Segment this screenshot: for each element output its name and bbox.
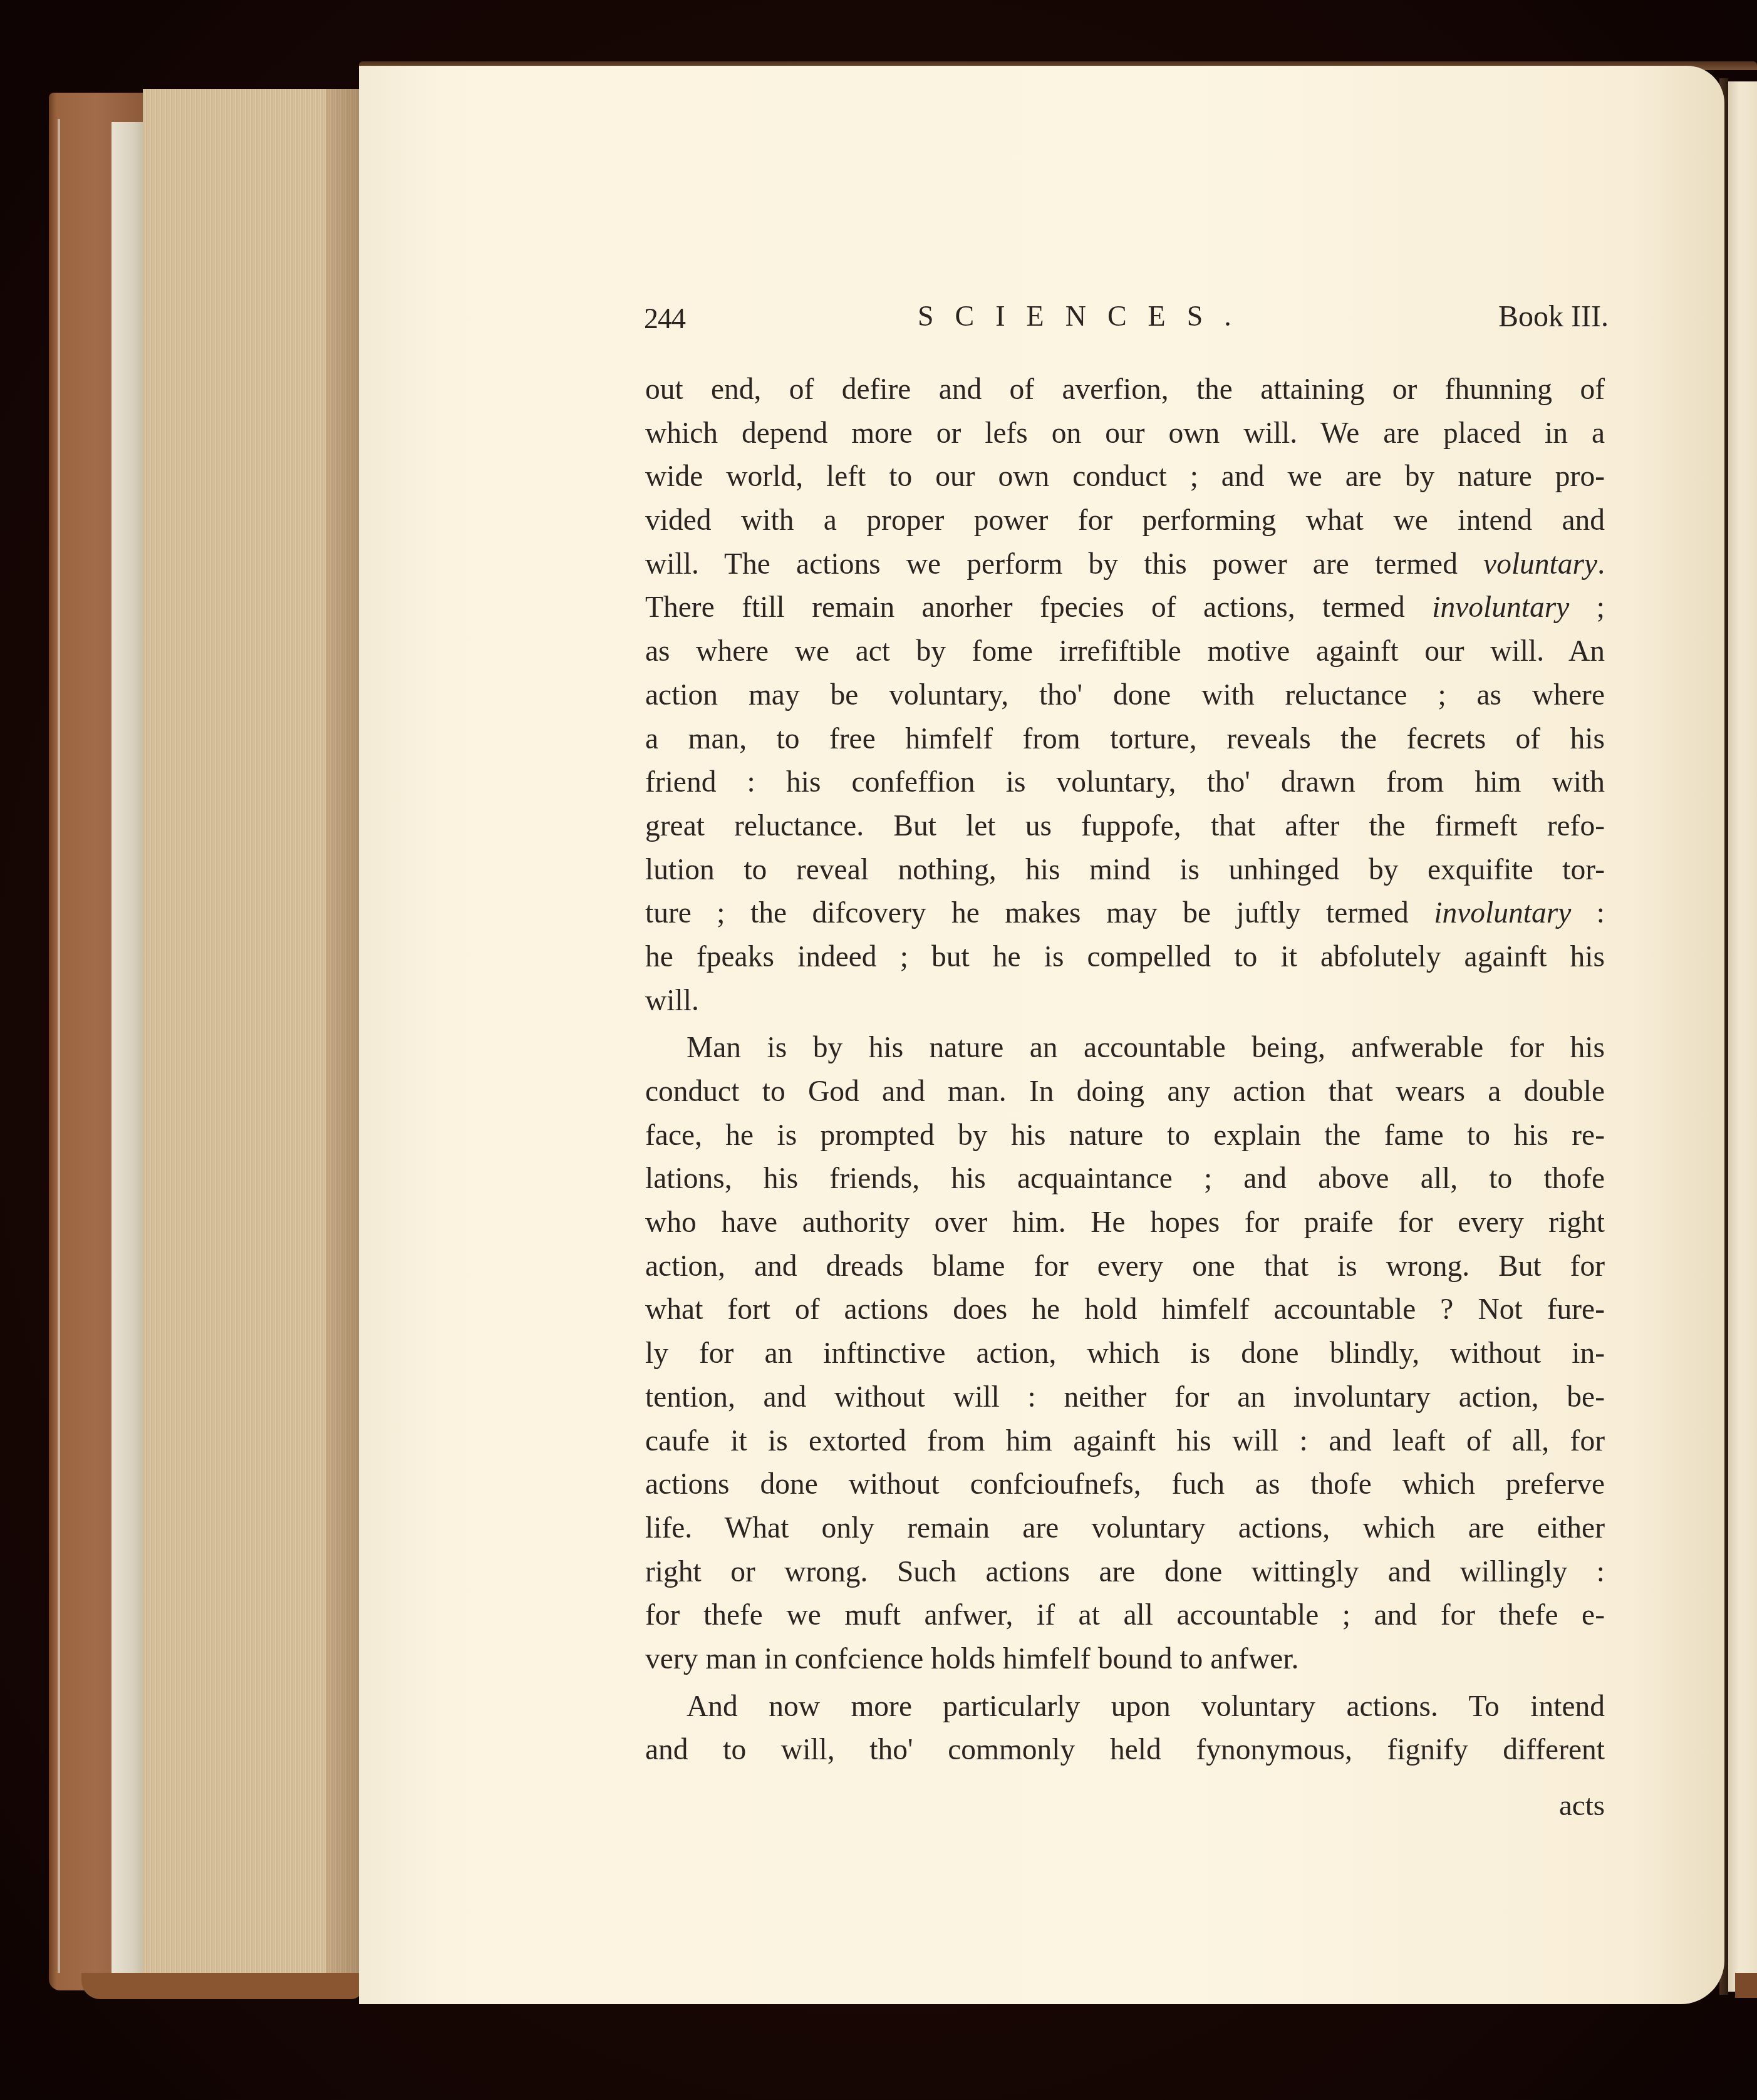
text-line: a man, to free himfelf from torture, rev…	[645, 718, 1605, 762]
running-title: SCIENCES.	[918, 299, 1253, 333]
text-line: very man in confcience holds himfelf bou…	[645, 1638, 1605, 1682]
text-line: what fort of actions does he hold himfel…	[645, 1288, 1605, 1332]
text-line: vided with a proper power for performing…	[645, 499, 1605, 543]
italic-term: voluntary	[1483, 548, 1597, 581]
body-text: out end, of defire and of averfion, the …	[645, 368, 1605, 1772]
text-line: right or wrong. Such actions are done wi…	[645, 1551, 1605, 1595]
text-line: wide world, left to our own conduct ; an…	[645, 455, 1605, 499]
catchword: acts	[1559, 1789, 1605, 1823]
text-line: friend : his confeffion is voluntary, th…	[645, 761, 1605, 805]
text-line: which depend more or lefs on our own wil…	[645, 412, 1605, 456]
endpaper	[111, 122, 143, 1989]
page-number: 244	[644, 302, 685, 335]
book-label: Book III.	[1498, 299, 1609, 334]
text-line: There ftill remain anorher fpecies of ac…	[645, 586, 1605, 630]
text-line: ture ; the difcovery he makes may be juf…	[645, 892, 1605, 936]
text-line: out end, of defire and of averfion, the …	[645, 368, 1605, 412]
text-line: conduct to God and man. In doing any act…	[645, 1070, 1605, 1114]
text-line: face, he is prompted by his nature to ex…	[645, 1114, 1605, 1158]
text-line: lution to reveal nothing, his mind is un…	[645, 849, 1605, 892]
text-line: and to will, tho' commonly held fynonymo…	[645, 1729, 1605, 1772]
running-head: 244 SCIENCES. Book III.	[644, 299, 1609, 337]
text-line: life. What only remain are voluntary act…	[645, 1507, 1605, 1551]
text-line: great reluctance. But let us fuppofe, th…	[645, 805, 1605, 849]
text-line: tention, and without will : neither for …	[645, 1376, 1605, 1420]
text-line: who have authority over him. He hopes fo…	[645, 1201, 1605, 1245]
italic-term: involuntary	[1434, 897, 1571, 929]
facing-page-edge	[1728, 81, 1757, 1992]
text-line: action may be voluntary, tho' done with …	[645, 674, 1605, 718]
text-line: for thefe we muft anfwer, if at all acco…	[645, 1594, 1605, 1638]
text-line: action, and dreads blame for every one t…	[645, 1245, 1605, 1289]
italic-term: involuntary	[1432, 591, 1569, 624]
text-line: caufe it is extorted from him againft hi…	[645, 1420, 1605, 1464]
book-cover-right-corner	[1735, 1973, 1757, 1998]
book-cover-bottom-corner	[81, 1973, 363, 1999]
text-line: he fpeaks indeed ; but he is compelled t…	[645, 936, 1605, 980]
text-line: lations, his friends, his acquaintance ;…	[645, 1157, 1605, 1201]
page-block-shadow	[326, 89, 359, 1996]
text-line: will. The actions we perform by this pow…	[645, 543, 1605, 587]
text-line: as where we act by fome irrefiftible mot…	[645, 630, 1605, 674]
text-line: And now more particularly upon voluntary…	[645, 1685, 1605, 1729]
cover-edge-highlight	[58, 119, 60, 1973]
text-line: ly for an inftinctive action, which is d…	[645, 1332, 1605, 1376]
text-line: will.	[645, 980, 1605, 1023]
text-line: actions done without confcioufnefs, fuch…	[645, 1463, 1605, 1507]
text-line: Man is by his nature an accountable bein…	[645, 1027, 1605, 1070]
